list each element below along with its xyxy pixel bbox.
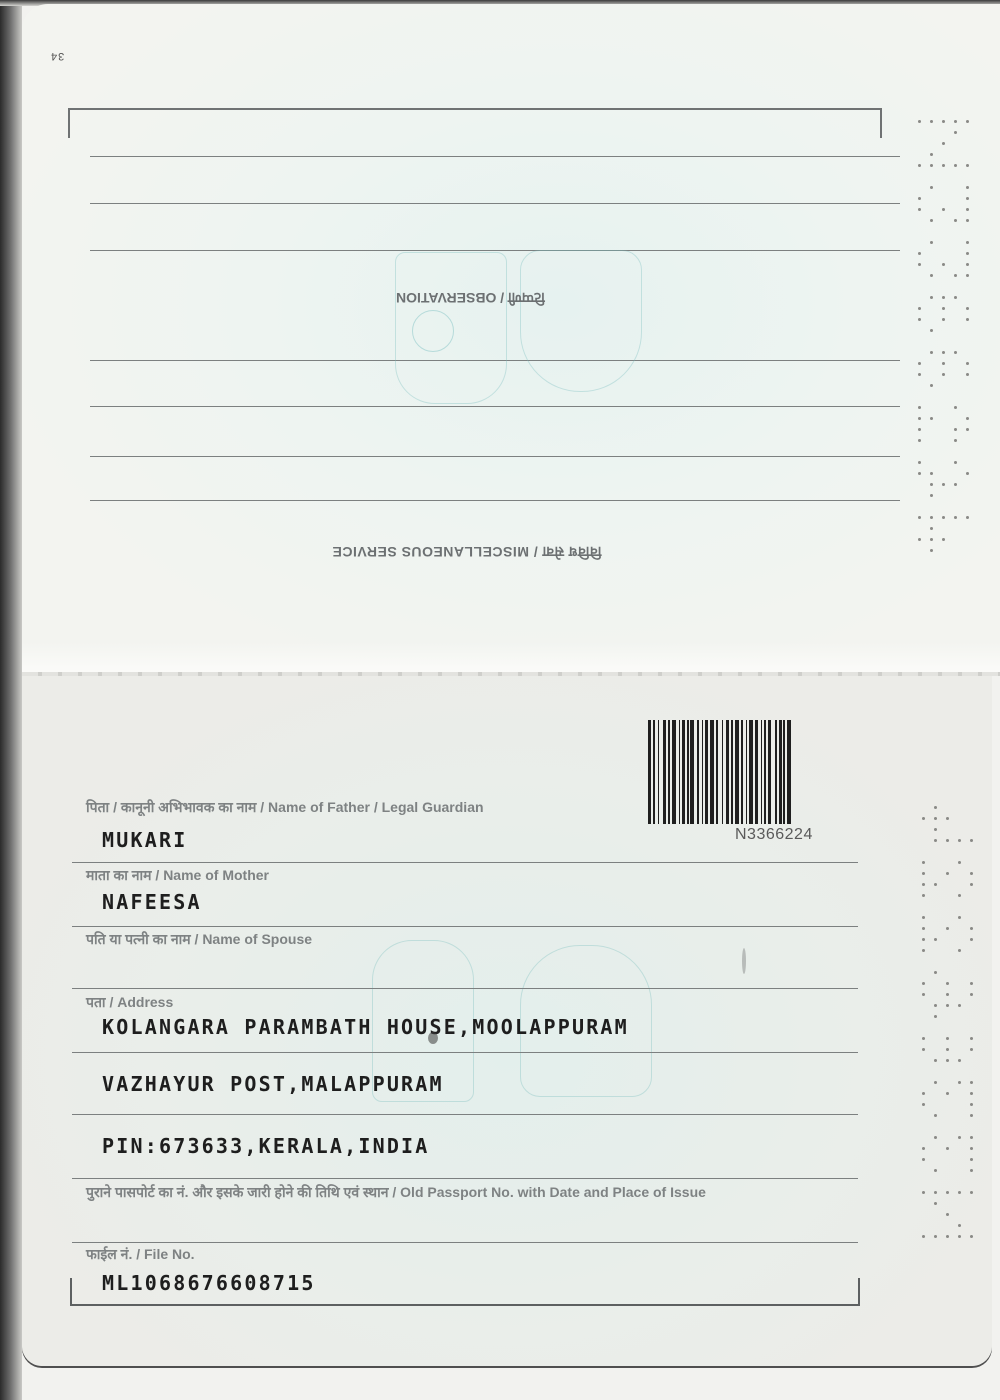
mother-name-value: NAFEESA	[102, 890, 202, 914]
page-number: 34	[50, 50, 64, 62]
ruled-line	[90, 456, 900, 457]
upper-passport-page	[22, 4, 1000, 672]
ruled-line	[72, 988, 858, 989]
ruled-line	[72, 1242, 858, 1243]
ruled-line	[90, 156, 900, 157]
father-name-value: MUKARI	[102, 828, 187, 852]
ruled-line	[90, 406, 900, 407]
misc-service-heading: विविध सेवा / MISCELLANEOUS SERVICE	[332, 542, 601, 561]
ink-smudge	[742, 948, 746, 974]
ruled-line	[90, 500, 900, 501]
dharma-chakra-watermark-icon	[412, 310, 454, 352]
ruled-line	[72, 1052, 858, 1053]
address-label: पता / Address	[86, 993, 173, 1012]
address-line-3: PIN:673633,KERALA,INDIA	[102, 1134, 430, 1158]
lion-capital-watermark-icon	[520, 250, 642, 392]
observation-frame-top	[68, 108, 882, 138]
mother-name-label: माता का नाम / Name of Mother	[86, 866, 269, 885]
file-number-label: फाईल नं. / File No.	[86, 1245, 195, 1264]
file-number-frame	[70, 1278, 860, 1306]
address-line-1: KOLANGARA PARAMBATH HOUSE,MOOLAPPURAM	[102, 1015, 629, 1039]
ruled-line	[72, 862, 858, 863]
old-passport-label: पुराने पासपोर्ट का नं. और इसके जारी होने…	[86, 1183, 706, 1202]
spouse-name-label: पति या पत्नी का नाम / Name of Spouse	[86, 930, 312, 949]
scanner-edge	[0, 0, 22, 1400]
ruled-line	[90, 250, 900, 251]
observation-heading: टिप्पणी / OBSERVATION	[396, 288, 545, 307]
barcode-number: N3366224	[735, 826, 813, 844]
ink-smudge	[428, 1032, 438, 1044]
address-line-2: VAZHAYUR POST,MALAPPURAM	[102, 1072, 444, 1096]
barcode	[648, 720, 920, 824]
ruled-line	[90, 203, 900, 204]
father-name-label: पिता / कानूनी अभिभावक का नाम / Name of F…	[86, 798, 484, 817]
ruled-line	[72, 1178, 858, 1179]
ruled-line	[72, 926, 858, 927]
ruled-line	[72, 1114, 858, 1115]
